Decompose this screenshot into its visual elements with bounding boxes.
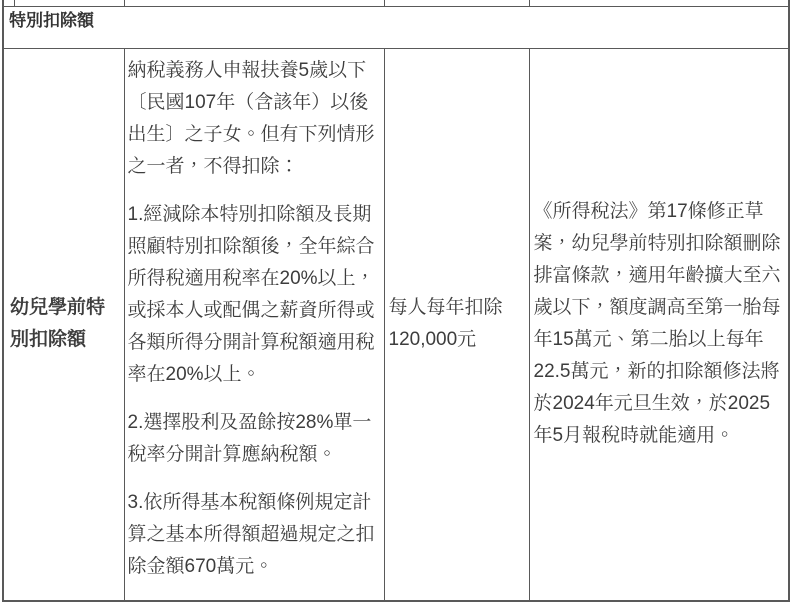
- deduction-law-note: 《所得稅法》第17條修正草 案，幼兒學前特別扣除額刪除 排富條款，適用年齡擴大至…: [529, 48, 789, 601]
- deduction-name: 幼兒學前特 別扣除額: [3, 48, 124, 601]
- special-deductions-table: 特別扣除額 幼兒學前特 別扣除額 納稅義務人申報扶養5歲以下 〔民國107年（含…: [2, 0, 790, 602]
- paragraph: 納稅義務人申報扶養5歲以下 〔民國107年（含該年）以後 出生〕之子女。但有下列…: [128, 55, 381, 183]
- paragraph: 3.依所得基本稅額條例規定計 算之基本所得額超過規定之扣 除金額670萬元。: [128, 487, 381, 583]
- paragraph: 2.選擇股利及盈餘按28%單一 稅率分開計算應納稅額。: [128, 407, 381, 471]
- section-header-row: 特別扣除額: [3, 6, 789, 48]
- deduction-row: 幼兒學前特 別扣除額 納稅義務人申報扶養5歲以下 〔民國107年（含該年）以後 …: [3, 48, 789, 601]
- paragraph: 1.經減除本特別扣除額及長期 照顧特別扣除額後，全年綜合 所得稅適用稅率在20%…: [128, 199, 381, 391]
- deduction-conditions: 納稅義務人申報扶養5歲以下 〔民國107年（含該年）以後 出生〕之子女。但有下列…: [124, 48, 384, 601]
- document-page: 特別扣除額 幼兒學前特 別扣除額 納稅義務人申報扶養5歲以下 〔民國107年（含…: [0, 0, 800, 609]
- deduction-amount: 每人每年扣除 120,000元: [384, 48, 529, 601]
- section-header: 特別扣除額: [3, 6, 789, 48]
